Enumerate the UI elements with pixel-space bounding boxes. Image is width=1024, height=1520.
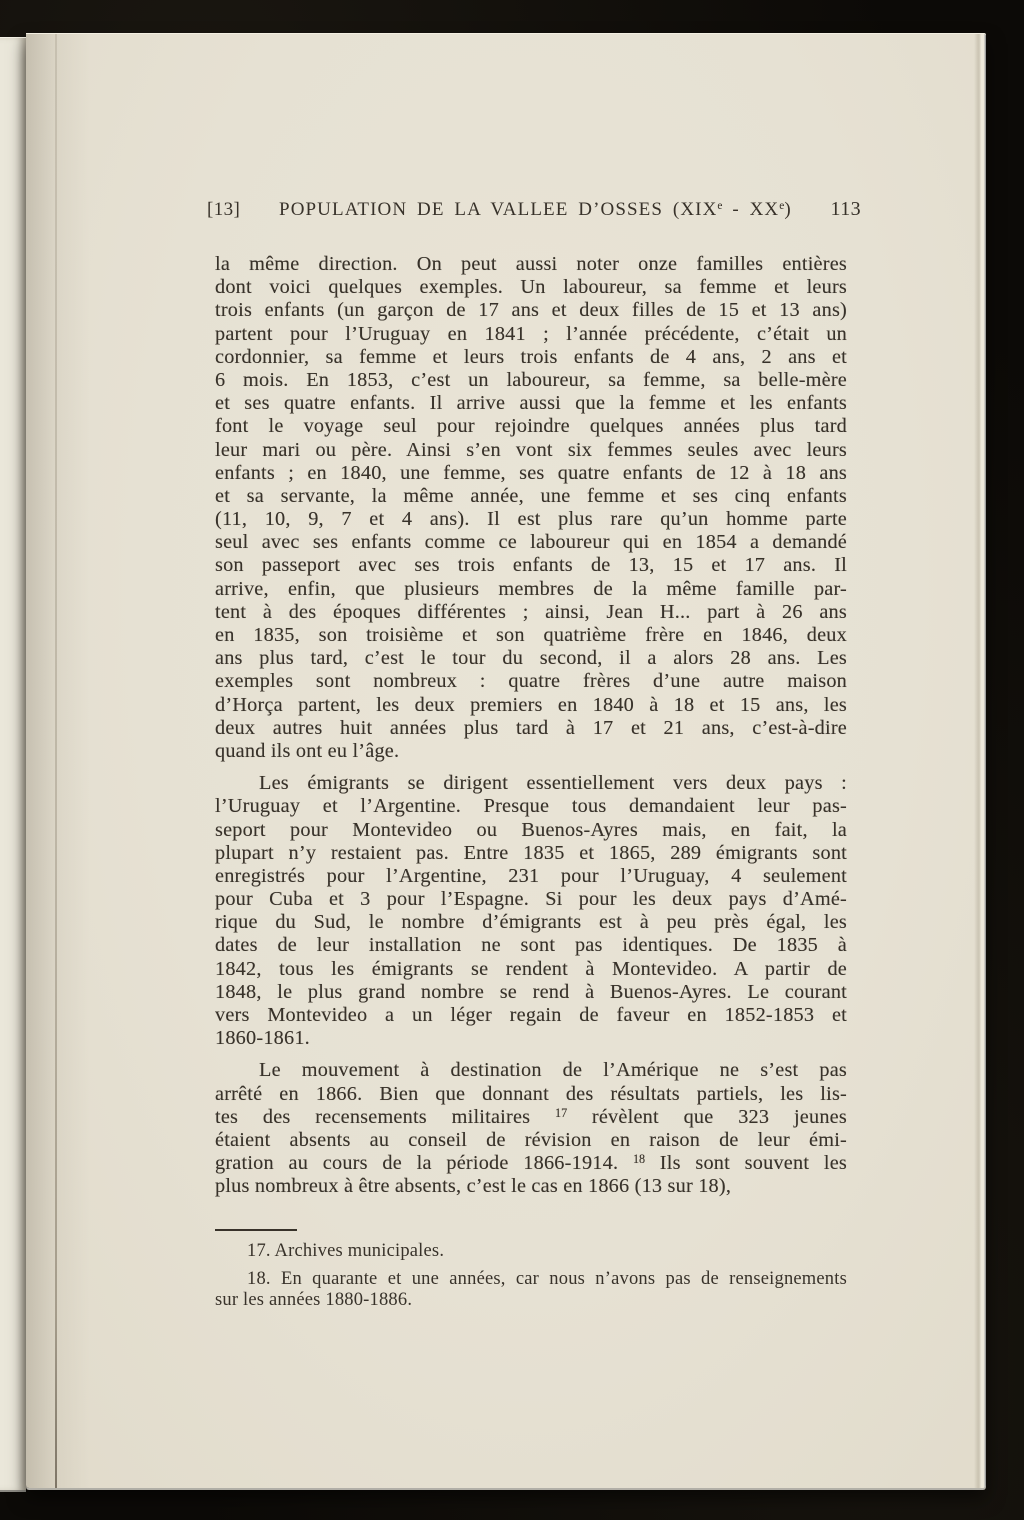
text-line: tent à des époques différentes ; ainsi, …	[215, 601, 847, 624]
text-line: exemples sont nombreux : quatre frères d…	[215, 670, 847, 693]
text-line: rique du Sud, le nombre d’émigrants est …	[215, 911, 847, 934]
text-line: dont voici quelques exemples. Un laboure…	[215, 276, 847, 299]
footnote-line: sur les années 1880-1886.	[215, 1290, 847, 1311]
text-line: gration au cours de la période 1866-1914…	[215, 1152, 847, 1175]
page-edge-stack	[974, 34, 986, 1488]
footnotes: 17. Archives municipales.18. En quarante…	[215, 1229, 847, 1310]
text-line: arrive, enfin, que plusieurs membres de …	[215, 578, 847, 601]
footnote-line: 18. En quarante et une années, car nous …	[215, 1269, 847, 1290]
text-line: l’Uruguay et l’Argentine. Presque tous d…	[215, 795, 847, 818]
text-line: 6 mois. En 1853, c’est un laboureur, sa …	[215, 369, 847, 392]
text-line: ans plus tard, c’est le tour du second, …	[215, 647, 847, 670]
text-line: son passeport avec ses trois enfants de …	[215, 554, 847, 577]
text-line: la même direction. On peut aussi noter o…	[215, 253, 847, 276]
article-page-bracket: [13]	[207, 197, 240, 222]
text-line: partent pour l’Uruguay en 1841 ; l’année…	[215, 323, 847, 346]
footnote: 17. Archives municipales.	[215, 1241, 847, 1262]
text-line: et ses quatre enfants. Il arrive aussi q…	[215, 392, 847, 415]
footnote-line: 17. Archives municipales.	[215, 1241, 847, 1262]
gutter-shadow	[26, 34, 90, 1488]
text-line: cordonnier, sa femme et leurs trois enfa…	[215, 346, 847, 369]
text-line: étaient absents au conseil de révision e…	[215, 1129, 847, 1152]
text-line: tes des recensements militaires 17 révèl…	[215, 1106, 847, 1129]
text-line: font le voyage seul pour rejoindre quelq…	[215, 415, 847, 438]
text-line: plupart n’y restaient pas. Entre 1835 et…	[215, 842, 847, 865]
text-line: Les émigrants se dirigent essentiellemen…	[215, 772, 847, 795]
text-line: d’Horça partent, les deux premiers en 18…	[215, 694, 847, 717]
running-title: POPULATION DE LA VALLEE D’OSSES (XIXe - …	[246, 197, 824, 222]
text-line: 1842, tous les émigrants se rendent à Mo…	[215, 958, 847, 981]
text-line: deux autres huit années plus tard à 17 e…	[215, 717, 847, 740]
text-line: vers Montevideo a un léger regain de fav…	[215, 1004, 847, 1027]
paragraph: la même direction. On peut aussi noter o…	[215, 253, 847, 763]
scanned-book-spread: { "scan": { "background_color": "#0c0a07…	[0, 0, 1024, 1520]
running-head: [13] POPULATION DE LA VALLEE D’OSSES (XI…	[207, 197, 871, 222]
text-line: enregistrés pour l’Argentine, 231 pour l…	[215, 865, 847, 888]
text-line: arrêté en 1866. Bien que donnant des rés…	[215, 1083, 847, 1106]
paragraph: Le mouvement à destination de l’Amérique…	[215, 1059, 847, 1198]
binding-crease	[55, 34, 57, 1488]
text-line: 1860-1861.	[215, 1027, 847, 1050]
text-line: plus nombreux à être absents, c’est le c…	[215, 1175, 847, 1198]
text-line: quand ils ont eu l’âge.	[215, 740, 847, 763]
text-line: leur mari ou père. Ainsi s’en vont six f…	[215, 439, 847, 462]
text-line: seport pour Montevideo ou Buenos-Ayres m…	[215, 819, 847, 842]
page-number: 113	[831, 197, 861, 222]
text-line: en 1835, son troisième et son quatrième …	[215, 624, 847, 647]
text-line: dates de leur installation ne sont pas i…	[215, 934, 847, 957]
footnote-rule	[215, 1229, 297, 1231]
body-text: la même direction. On peut aussi noter o…	[215, 253, 847, 1199]
paragraph: Les émigrants se dirigent essentiellemen…	[215, 772, 847, 1050]
book-page: [13] POPULATION DE LA VALLEE D’OSSES (XI…	[26, 33, 986, 1488]
text-line: seul avec ses enfants comme ce laboureur…	[215, 531, 847, 554]
text-line: (11, 10, 9, 7 et 4 ans). Il est plus rar…	[215, 508, 847, 531]
text-line: trois enfants (un garçon de 17 ans et de…	[215, 299, 847, 322]
text-line: Le mouvement à destination de l’Amérique…	[215, 1059, 847, 1082]
text-line: enfants ; en 1840, une femme, ses quatre…	[215, 462, 847, 485]
text-line: 1848, le plus grand nombre se rend à Bue…	[215, 981, 847, 1004]
text-line: pour Cuba et 3 pour l’Espagne. Si pour l…	[215, 888, 847, 911]
footnotes-list: 17. Archives municipales.18. En quarante…	[215, 1241, 847, 1310]
text-line: et sa servante, la même année, une femme…	[215, 485, 847, 508]
footnote: 18. En quarante et une années, car nous …	[215, 1269, 847, 1311]
facing-page-edge	[0, 37, 26, 1490]
